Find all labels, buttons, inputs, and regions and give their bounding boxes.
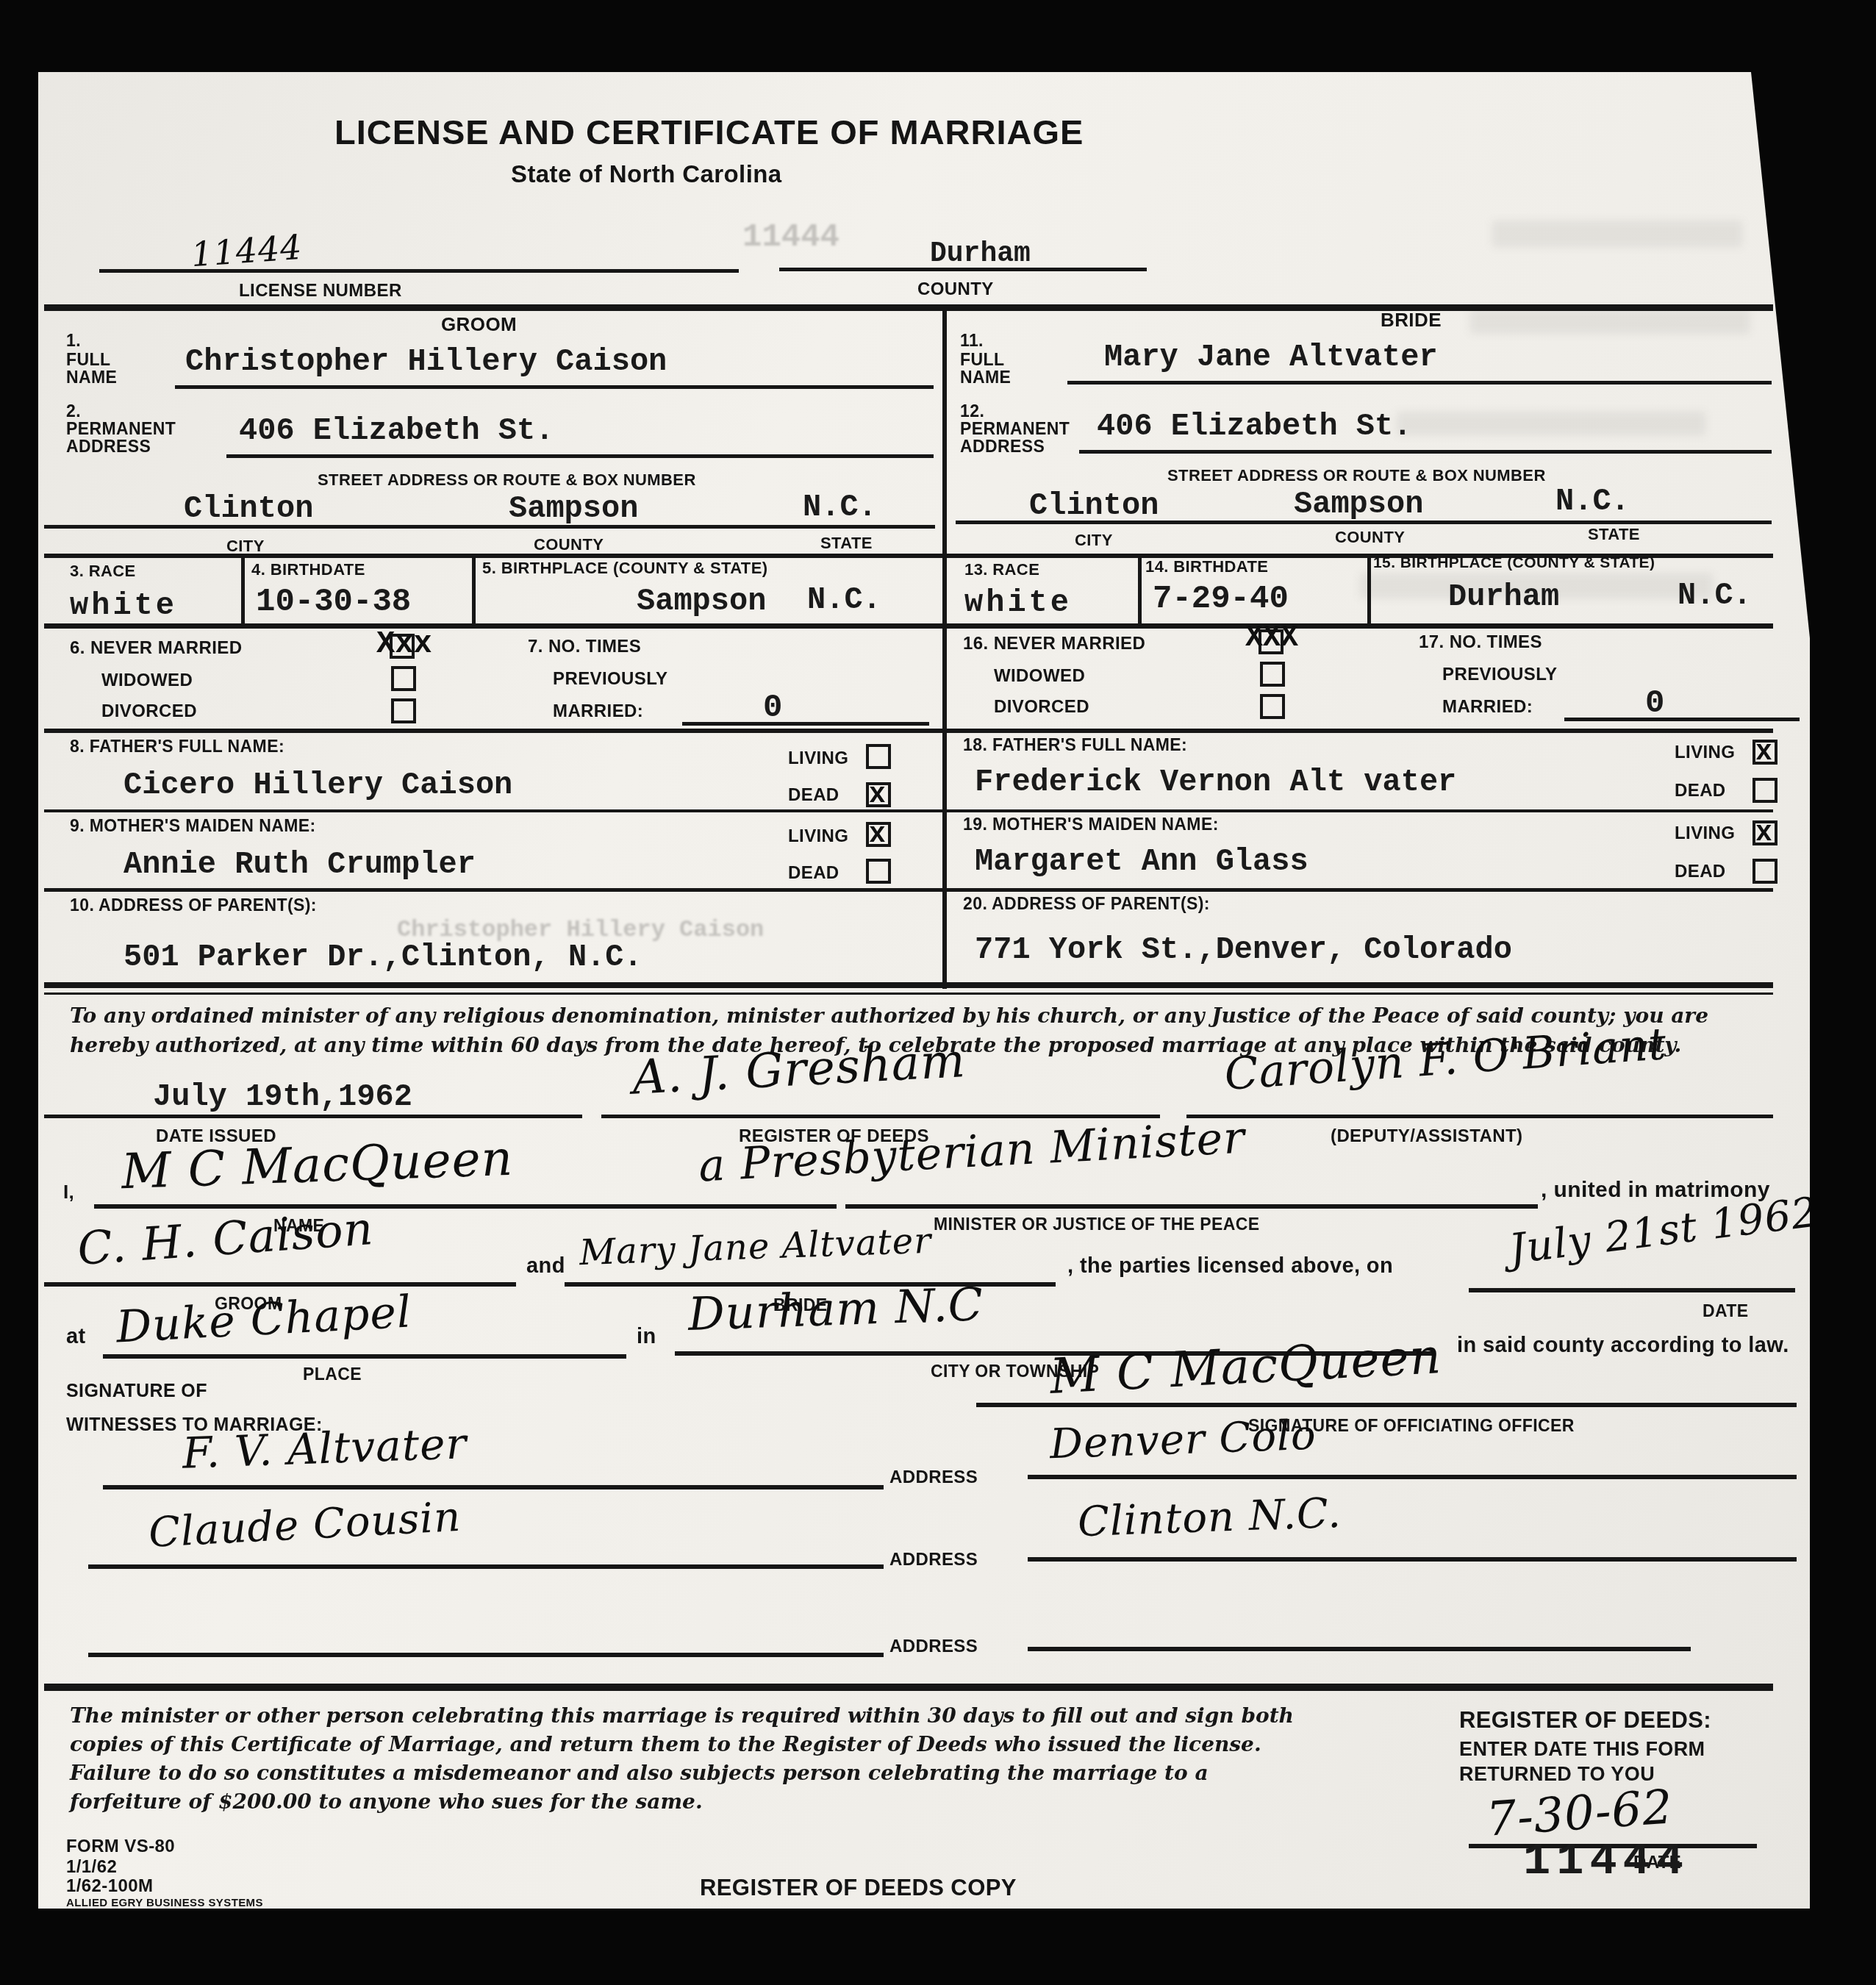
bride-race-value: white <box>964 585 1072 620</box>
groom-section-label: GROOM <box>441 313 517 336</box>
in-text: in <box>637 1325 656 1349</box>
bleedthrough-smudge <box>1492 221 1742 247</box>
witness-3-address-label: ADDRESS <box>889 1637 978 1657</box>
register-block-line-3: RETURNED TO YOU <box>1459 1763 1655 1786</box>
bride-divorced-checkbox <box>1260 694 1285 719</box>
groom-fullname-label-2: NAME <box>66 368 117 387</box>
bride-county-value: Sampson <box>1294 487 1423 522</box>
witness-1-signature: F. V. Altvater <box>182 1418 468 1478</box>
groom-address-label-1: PERMANENT <box>66 419 176 439</box>
bride-fullname-label-2: NAME <box>960 368 1011 387</box>
groom-times-label-3: MARRIED: <box>553 701 643 722</box>
bride-city-label: CITY <box>1075 531 1113 550</box>
groom-mother-dead-label: DEAD <box>788 863 839 884</box>
marital-bottom-rule <box>44 729 1773 733</box>
groom-times-value: 0 <box>763 690 782 726</box>
groom-birthplace-label: 5. BIRTHPLACE (COUNTY & STATE) <box>482 559 767 578</box>
bride-birthplace-state: N.C. <box>1678 578 1752 613</box>
at-text: at <box>66 1325 86 1349</box>
bride-city-underline <box>956 521 1772 524</box>
register-signature-underline <box>601 1115 1160 1118</box>
according-to-law-text: in said county according to law. <box>1457 1334 1789 1358</box>
bride-times-value: 0 <box>1645 685 1664 722</box>
groom-fullname-number: 1. <box>66 331 81 351</box>
bride-birthdate-label: 14. BIRTHDATE <box>1145 557 1268 576</box>
groom-father-living-checkbox <box>866 744 891 769</box>
bride-father-dead-label: DEAD <box>1675 781 1726 801</box>
witness-1-underline <box>103 1485 884 1489</box>
register-block-line-1: REGISTER OF DEEDS: <box>1459 1707 1711 1734</box>
groom-mother-living-mark: x <box>869 819 886 851</box>
bride-birthdate-value: 7-29-40 <box>1153 581 1289 618</box>
bride-times-label-2: PREVIOUSLY <box>1442 665 1558 685</box>
witness-1-address-underline <box>1028 1475 1797 1479</box>
groom-father-dead-mark: x <box>869 779 886 811</box>
bride-father-living-label: LIVING <box>1675 743 1735 763</box>
witness-1-address-handwriting: Denver Colo <box>1049 1412 1317 1469</box>
groom-city-underline <box>44 525 935 529</box>
form-number: FORM VS-80 <box>66 1836 175 1857</box>
witness-2-underline <box>88 1564 884 1569</box>
grid-divider <box>241 557 245 625</box>
bride-mother-living-label: LIVING <box>1675 823 1735 844</box>
bride-mother-dead-checkbox <box>1753 859 1777 884</box>
bride-never-married-mark: XXX <box>1245 622 1298 655</box>
bride-address-label-1: PERMANENT <box>960 419 1070 439</box>
stamp-number: 11444 <box>1523 1835 1689 1887</box>
witness-2-address-handwriting: Clinton N.C. <box>1077 1489 1342 1546</box>
bride-parents-address: 771 York St.,Denver, Colorado <box>975 932 1512 968</box>
bride-widowed-checkbox <box>1260 662 1285 687</box>
bride-address-value: 406 Elizabeth St. <box>1097 409 1411 444</box>
mother-row-rule <box>44 888 1773 892</box>
witness-3-underline <box>88 1653 884 1657</box>
groom-father-living-label: LIVING <box>788 748 848 769</box>
bride-address-number: 12. <box>960 401 984 421</box>
column-divider <box>942 311 947 989</box>
bleedthrough-smudge <box>1397 412 1705 435</box>
form-subtitle: State of North Carolina <box>511 160 782 188</box>
form-print-run: 1/62-100M <box>66 1876 153 1897</box>
officiant-name-underline <box>94 1204 837 1209</box>
groom-mother-name: Annie Ruth Crumpler <box>123 847 476 882</box>
groom-city-value: Clinton <box>184 491 313 526</box>
groom-mother-dead-checkbox <box>866 859 891 884</box>
scan-edge-top <box>0 0 1876 72</box>
bride-race-label: 13. RACE <box>964 560 1039 579</box>
groom-address-value: 406 Elizabeth St. <box>239 413 554 448</box>
groom-father-label: 8. FATHER'S FULL NAME: <box>70 737 284 757</box>
bride-father-name: Frederick Vernon Alt vater <box>975 765 1456 800</box>
father-row-rule <box>44 809 1773 812</box>
bride-father-living-mark: x <box>1755 737 1772 768</box>
bride-mother-name: Margaret Ann Glass <box>975 844 1308 879</box>
scanned-marriage-certificate: { "header": { "title": "LICENSE AND CERT… <box>0 0 1876 1985</box>
bride-fullname-value: Mary Jane Altvater <box>1104 340 1438 375</box>
deputy-label: (DEPUTY/ASSISTANT) <box>1331 1126 1522 1147</box>
groom-race-value: white <box>70 588 177 623</box>
bride-mother-living-mark: x <box>1755 818 1772 849</box>
bride-father-dead-checkbox <box>1753 778 1777 803</box>
section-double-rule-bottom <box>44 992 1773 995</box>
groom-address-number: 2. <box>66 401 81 421</box>
footer-rule <box>44 1684 1773 1691</box>
groom-times-underline <box>682 722 929 726</box>
groom-fullname-underline <box>175 385 934 389</box>
groom-birthdate-value: 10-30-38 <box>256 584 411 620</box>
groom-county-label: COUNTY <box>534 535 604 554</box>
county-label: COUNTY <box>917 279 994 300</box>
bride-fullname-number: 11. <box>960 331 984 351</box>
certificate-i-text: I, <box>63 1181 74 1203</box>
place-label: PLACE <box>303 1365 362 1384</box>
groom-times-label-2: PREVIOUSLY <box>553 669 668 690</box>
bride-county-label: COUNTY <box>1335 528 1405 547</box>
bride-times-label-3: MARRIED: <box>1442 697 1533 718</box>
bride-city-value: Clinton <box>1029 488 1159 523</box>
groom-widowed-checkbox <box>391 666 416 691</box>
bride-fullname-underline <box>1067 381 1772 385</box>
scan-edge-bottom <box>0 1909 1876 1985</box>
witness-1-address-label: ADDRESS <box>889 1467 978 1488</box>
minister-notice-text: The minister or other person celebrating… <box>70 1701 1305 1816</box>
bride-section-label: BRIDE <box>1381 309 1442 332</box>
bride-father-label: 18. FATHER'S FULL NAME: <box>963 735 1187 755</box>
license-number-value: 11444 <box>190 227 304 274</box>
groom-father-name: Cicero Hillery Caison <box>123 768 512 803</box>
groom-fullname-label-1: FULL <box>66 350 110 370</box>
officiant-title-underline <box>845 1204 1538 1209</box>
groom-birthplace-state: N.C. <box>807 582 881 618</box>
bride-state-label: STATE <box>1588 525 1640 544</box>
grid-divider <box>1138 555 1142 623</box>
groom-times-label-1: 7. NO. TIMES <box>528 637 641 657</box>
copy-label: REGISTER OF DEEDS COPY <box>700 1875 1017 1901</box>
groom-mother-label: 9. MOTHER'S MAIDEN NAME: <box>70 816 316 836</box>
groom-fullname-value: Christopher Hillery Caison <box>185 344 667 379</box>
bride-widowed-label: WIDOWED <box>994 666 1085 687</box>
groom-state-value: N.C. <box>803 490 877 525</box>
groom-birthdate-label: 4. BIRTHDATE <box>251 560 365 579</box>
witness-3-address-underline <box>1028 1647 1691 1651</box>
minister-or-justice-label: MINISTER OR JUSTICE OF THE PEACE <box>934 1215 1259 1234</box>
grid-divider <box>472 557 476 625</box>
bride-state-value: N.C. <box>1555 484 1630 519</box>
license-number-underline <box>99 269 739 273</box>
groom-divorced-label: DIVORCED <box>101 701 197 722</box>
officiating-signature-underline <box>976 1403 1797 1407</box>
groom-mother-living-label: LIVING <box>788 826 848 847</box>
bride-address-sublabel: STREET ADDRESS OR ROUTE & BOX NUMBER <box>1167 466 1546 485</box>
bride-fullname-label-1: FULL <box>960 350 1004 370</box>
form-title: LICENSE AND CERTIFICATE OF MARRIAGE <box>334 112 1084 152</box>
groom-address-underline <box>226 454 934 458</box>
groom-birthplace-county: Sampson <box>637 584 766 619</box>
bride-times-underline <box>1564 718 1800 721</box>
grid-divider <box>1367 555 1371 623</box>
deputy-signature-underline <box>1186 1115 1773 1118</box>
bride-divorced-label: DIVORCED <box>994 697 1089 718</box>
bride-birthplace-county: Durham <box>1448 579 1559 615</box>
bride-address-label-2: ADDRESS <box>960 437 1045 457</box>
register-block-line-2: ENTER DATE THIS FORM <box>1459 1738 1705 1761</box>
groom-county-value: Sampson <box>509 491 638 526</box>
header-rule <box>44 304 1773 311</box>
bride-parents-label: 20. ADDRESS OF PARENT(S): <box>963 894 1210 914</box>
groom-race-label: 3. RACE <box>70 562 136 581</box>
groom-address-label-2: ADDRESS <box>66 437 151 457</box>
place-underline <box>103 1354 626 1359</box>
marriage-date-underline <box>1469 1288 1795 1292</box>
groom-widowed-label: WIDOWED <box>101 670 193 691</box>
groom-never-married-label: 6. NEVER MARRIED <box>70 638 242 659</box>
bride-never-married-label: 16. NEVER MARRIED <box>963 634 1145 654</box>
groom-father-dead-label: DEAD <box>788 785 839 806</box>
groom-never-married-mark: Xxx <box>376 626 432 662</box>
license-number-ghost: 11444 <box>742 219 839 256</box>
form-printer: ALLIED EGRY BUSINESS SYSTEMS <box>66 1897 263 1909</box>
bride-mother-dead-label: DEAD <box>1675 862 1726 882</box>
witness-2-address-underline <box>1028 1557 1797 1562</box>
groom-divorced-checkbox <box>391 698 416 723</box>
form-date: 1/1/62 <box>66 1857 117 1878</box>
bride-times-label-1: 17. NO. TIMES <box>1419 632 1542 653</box>
groom-address-sublabel: STREET ADDRESS OR ROUTE & BOX NUMBER <box>318 471 696 490</box>
marriage-date-label: DATE <box>1703 1301 1749 1321</box>
groom-signature-underline <box>44 1282 516 1287</box>
grid-bottom-rule <box>44 623 1773 629</box>
county-underline <box>779 268 1147 271</box>
scan-edge-left <box>0 0 38 1985</box>
groom-state-label: STATE <box>820 534 873 553</box>
groom-parents-address: 501 Parker Dr.,Clinton, N.C. <box>123 940 642 975</box>
license-number-label: LICENSE NUMBER <box>239 281 402 301</box>
section-double-rule-top <box>44 982 1773 988</box>
bride-mother-label: 19. MOTHER'S MAIDEN NAME: <box>963 815 1219 834</box>
date-issued-value: July 19th,1962 <box>153 1079 412 1115</box>
city-township-handwriting: Durham N.C <box>687 1277 984 1341</box>
groom-parents-label: 10. ADDRESS OF PARENT(S): <box>70 895 317 915</box>
county-value: Durham <box>930 238 1031 270</box>
bleedthrough-smudge <box>1470 309 1750 334</box>
date-issued-underline <box>44 1115 582 1118</box>
bride-birthplace-label: 15. BIRTHPLACE (COUNTY & STATE) <box>1373 554 1655 572</box>
scan-edge-right <box>1810 0 1876 1985</box>
witness-2-address-label: ADDRESS <box>889 1550 978 1570</box>
parties-licensed-text: , the parties licensed above, on <box>1067 1254 1393 1278</box>
and-text: and <box>526 1254 565 1278</box>
witnesses-label-1: SIGNATURE OF <box>66 1381 207 1402</box>
bride-address-underline <box>1079 450 1772 454</box>
